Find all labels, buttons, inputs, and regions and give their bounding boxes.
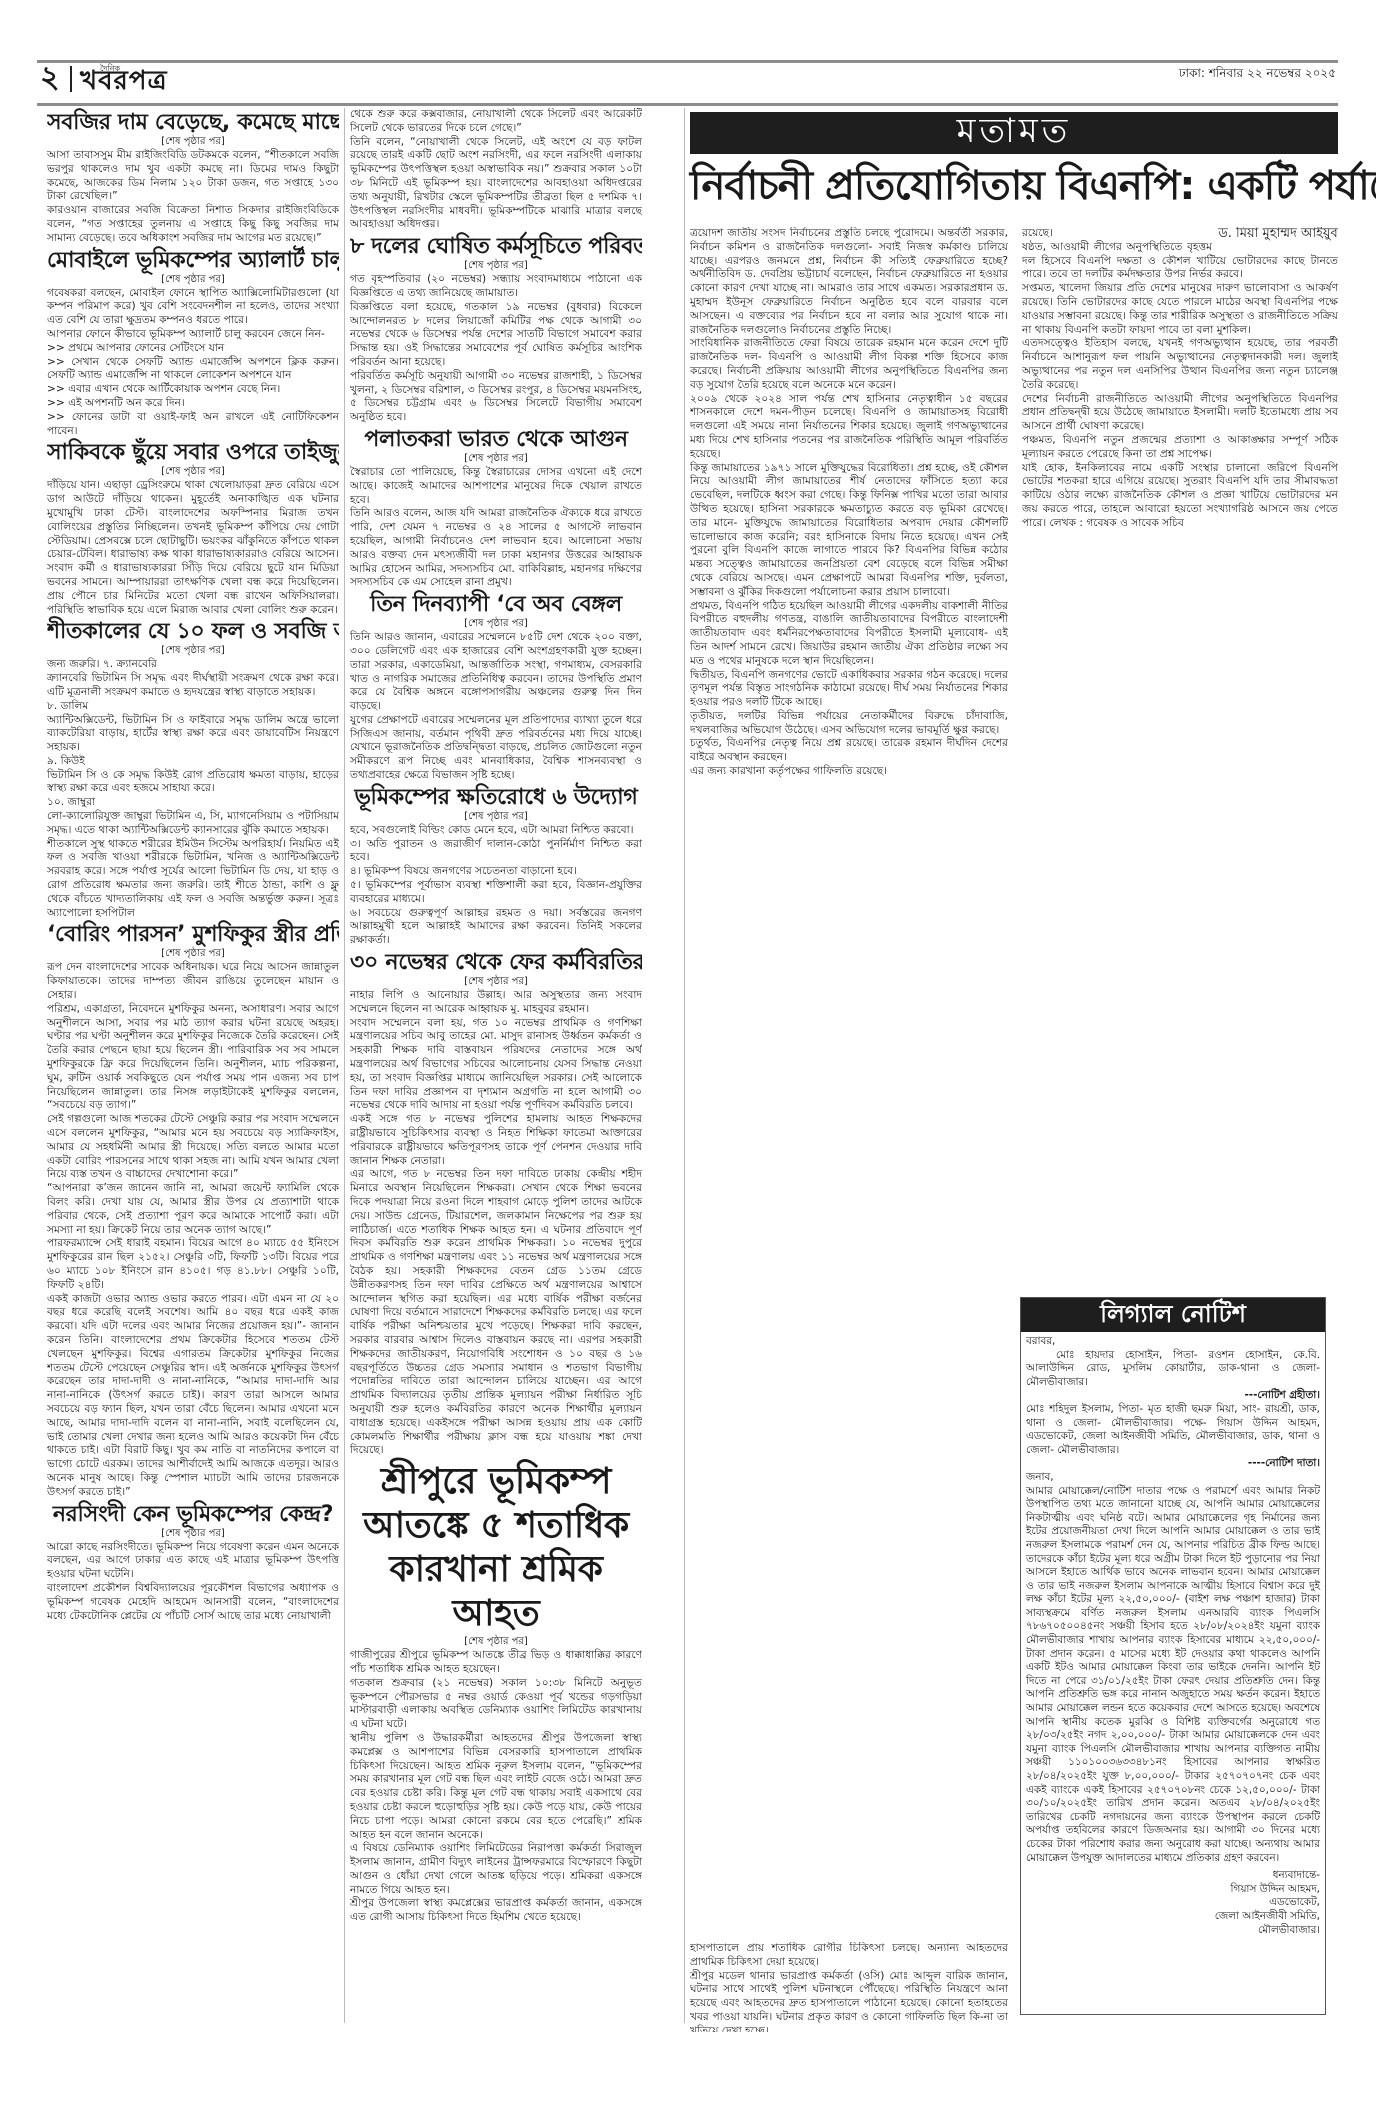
article-paragraph: শ্রীপুর উপজেলা স্বাস্থ্য কমপ্লেক্সের ভার… xyxy=(350,1897,642,1925)
article-paragraph: এর আগে, গত ৮ নভেম্বর তিন দফা দাবিতে ঢাকা… xyxy=(350,1168,642,1458)
article-paragraph: স্থানীয় পুলিশ ও উদ্ধারকর্মীরা আহতদের শ্… xyxy=(350,1732,642,1842)
article-paragraph: সংবাদ সম্মেলনে বলা হয়, গত ১০ নভেম্বর প্… xyxy=(350,1017,642,1114)
opinion-section: মতামত নির্বাচনী প্রতিযোগিতায় বিএনপি: এক… xyxy=(690,112,1338,214)
article: ৩০ নভেম্বর থেকে ফের কর্মবিরতির[শেষ পৃষ্ঠ… xyxy=(350,950,642,1458)
notice-body-text: আমার মোয়াক্কেল/নোটিশ দাতার পক্ষে ও পরাম… xyxy=(1026,1485,1320,1866)
notice-signature-line: মৌলভীবাজার। xyxy=(1026,1924,1320,1938)
article-headline: তিন দিনব্যাপী ‘বে অব বেঙ্গল xyxy=(350,592,642,618)
article-paragraph: ৮. ডালিম xyxy=(47,700,339,714)
notice-salutation: বরাবর, xyxy=(1026,1335,1320,1349)
article: নরসিংদী কেন ভূমিকম্পের কেন্দ্র?[শেষ পৃষ্… xyxy=(47,1502,339,1624)
continued-label: [শেষ পৃষ্ঠার পর] xyxy=(350,618,642,630)
opinion-paragraph: এতদসত্ত্বেও ইতিহাস বলছে, যখনই গণঅভ্যুত্থ… xyxy=(1022,337,1338,392)
article-paragraph: গত বৃহস্পতিবার (২০ নভেম্বর) সন্ধ্যায় সং… xyxy=(350,273,642,301)
masthead-top-rule xyxy=(37,60,1338,63)
article-paragraph: ৩। অতি পুরাতন ও জরাজীর্ণ দালান-কোঠা পুনর… xyxy=(350,838,642,866)
article-paragraph: ১০. জাম্বুরা xyxy=(47,796,339,810)
article-headline: শীতকালের যে ১০ ফল ও সবজি অবশ্যই xyxy=(47,619,339,645)
article-paragraph: বিজ্ঞপ্তিতে বলা হয়েছে, গতকাল ১৯ নভেম্বর… xyxy=(350,301,642,370)
opinion-paragraph: ২০০৯ থেকে ২০২৪ সাল পর্যন্ত শেখ হাসিনার ন… xyxy=(690,393,1008,462)
article-paragraph: ভিটামিন সি ও কে সমৃদ্ধ কিউই রোগ প্রতিরোধ… xyxy=(47,769,339,797)
article-paragraph: হাসপাতালে প্রায় শতাধিক রোগীর চিকিৎসা চল… xyxy=(690,1942,1008,1970)
notice-signature-line: এডভোকেট, xyxy=(1026,1896,1320,1910)
article-paragraph: অ্যান্টিঅক্সিডেন্ট, ভিটামিন সি ও ফাইবারে… xyxy=(47,714,339,755)
article-paragraph: এ বিষয়ে ডেনিম্যাক ওয়াশিং লিমিটেডের নির… xyxy=(350,1842,642,1897)
article-paragraph: শ্রীপুর মডেল থানার ভারপ্রাপ্ত কর্মকর্তা … xyxy=(690,1970,1008,2032)
article-paragraph: গাজীপুরের শ্রীপুরে ভূমিকম্প আতঙ্কে তীব্র… xyxy=(350,1649,642,1677)
article-paragraph: একই সঙ্গে গত ৮ নভেম্বর পুলিশের হামলায় আ… xyxy=(350,1113,642,1168)
article-paragraph: পারফরম্যান্সে সেই ধারাই বহমান। বিয়ের আগ… xyxy=(47,1237,339,1292)
article: সাকিবকে ছুঁয়ে সবার ওপরে তাইজুল[শেষ পৃষ্… xyxy=(47,440,339,617)
article-headline: শ্রীপুরে ভূমিকম্প আতঙ্কে ৫ শতাধিক কারখান… xyxy=(350,1460,642,1636)
column-divider xyxy=(344,108,345,2023)
article-paragraph: তিনি বলেন, “নোয়াখালী থেকে সিলেট, এই অংশ… xyxy=(350,136,642,233)
article-paragraph: >> এই অপশনটি অন করে দিন। xyxy=(47,397,339,411)
notice-recipient: মোঃ হায়দার হোসাইন, পিতা- রওশন হোসাইন, ক… xyxy=(1026,1349,1320,1390)
article-headline: পলাতকরা ভারত থেকে আগুন xyxy=(350,427,642,453)
column-2: থেকে শুরু করে কক্সবাজার, নোয়াখালী থেকে … xyxy=(350,108,642,2023)
notice-sender-label: ----নোটিশ দাতা। xyxy=(1026,1457,1320,1471)
article-paragraph: নাহার লিপি ও আনোয়ার উল্লাহ। আর অসুস্থতা… xyxy=(350,989,642,1017)
article-paragraph: স্বৈরাচার তো পালিয়েছে, কিন্তু স্বৈরাচার… xyxy=(350,466,642,507)
opinion-paragraph: পঞ্চমত, বিএনপি নতুন প্রজন্মের প্রত্যাশা … xyxy=(1022,434,1338,462)
article-paragraph: শীতকালে সুস্থ থাকতে শরীরের ইমিউন সিস্টেম… xyxy=(47,838,339,921)
notice-signature-line: জেলা আইনজীবী সমিতি, xyxy=(1026,1910,1320,1924)
article-paragraph: তিনি আরও বলেন, আজ যদি আমরা রাজনৈতিক ঐক্য… xyxy=(350,507,642,590)
article: সবজির দাম বেড়েছে, কমেছে মাছের[শেষ পৃষ্ঠ… xyxy=(47,110,339,246)
article-paragraph: আসা তাবাসসুম মীম রাইজিংবিডি ডটকমকে বলেন,… xyxy=(47,149,339,204)
opinion-banner: মতামত xyxy=(690,112,1338,154)
article-paragraph: পরিশ্রম, একাগ্রতা, নিবেদনে মুশফিকুর অনন্… xyxy=(47,1003,339,1113)
continued-label: [শেষ পৃষ্ঠার পর] xyxy=(47,645,339,657)
article-headline: ৮ দলের ঘোষিত কর্মসূচিতে পরিবর্তন xyxy=(350,234,642,260)
dateline: ঢাকা: শনিবার ২২ নভেম্বর ২০২৫ xyxy=(1179,65,1336,85)
notice-sender: মোঃ শহিদুল ইসলাম, পিতা- মৃত হাজী ছমরু মি… xyxy=(1026,1403,1320,1457)
opinion-paragraph: তৃতীয়ত, দলটির বিভিন্ন পর্যায়ের নেতাকর্… xyxy=(690,710,1008,738)
article-paragraph: একই কাজটা ওভার অ্যান্ড ওভার করতে পারব। এ… xyxy=(47,1293,339,1500)
opinion-paragraph: সপ্তমত, খালেদা জিয়ার প্রতি দেশের মানুষে… xyxy=(1022,282,1338,337)
article: পলাতকরা ভারত থেকে আগুন[শেষ পৃষ্ঠার পর]স্… xyxy=(350,427,642,590)
notice-greeting: জনাব, xyxy=(1026,1471,1320,1485)
opinion-author: ড. মিয়া মুহাম্মদ আইয়ুব xyxy=(1218,227,1338,241)
article-paragraph: ৫। ভূমিকম্পের পূর্বাভাস ব্যবস্থা শক্তিশা… xyxy=(350,879,642,907)
article-headline: ৩০ নভেম্বর থেকে ফের কর্মবিরতির xyxy=(350,950,642,976)
page-number: ২ xyxy=(40,63,60,93)
continued-label: [শেষ পৃষ্ঠার পর] xyxy=(350,811,642,823)
article-paragraph: লো-ক্যালোরিযুক্ত জাম্বুরা ভিটামিন এ, সি,… xyxy=(47,810,339,838)
opinion-paragraph: ষষ্ঠত, আওয়ামী লীগের অনুপস্থিতিতে বৃহত্ত… xyxy=(1022,241,1338,282)
legal-notice-body: বরাবর, মোঃ হায়দার হোসাইন, পিতা- রওশন হো… xyxy=(1021,1332,1325,1940)
article-paragraph: ক্র্যানবেরি ভিটামিন সি সমৃদ্ধ এবং দীর্ঘস… xyxy=(47,672,339,700)
article-paragraph: বাংলাদেশ প্রকৌশল বিশ্ববিদ্যালয়ের পূরকৌশ… xyxy=(47,1582,339,1623)
article-paragraph: গতকাল শুক্রবার (২১ নভেম্বর) সকাল ১০:৩৮ ম… xyxy=(350,1677,642,1732)
opinion-tail: হাসপাতালে প্রায় শতাধিক রোগীর চিকিৎসা চল… xyxy=(690,1942,1008,2032)
article-paragraph: গবেষকরা বলছেন, মোবাইল ফোনে স্থাপিত অ্যাক… xyxy=(47,287,339,328)
notice-recipient-label: ---নোটিশ গ্রহীতা। xyxy=(1026,1389,1320,1403)
article-headline: নরসিংদী কেন ভূমিকম্পের কেন্দ্র? xyxy=(47,1502,339,1528)
opinion-title: নির্বাচনী প্রতিযোগিতায় বিএনপি: একটি পর্… xyxy=(690,158,1338,214)
continued-label: [শেষ পৃষ্ঠার পর] xyxy=(350,1636,642,1648)
notice-closing: ধন্যবাদান্তে- xyxy=(1026,1869,1320,1883)
article-headline: ‘বোরিং পারসন’ মুশফিকুর স্ত্রীর প্রতি xyxy=(47,922,339,948)
article-paragraph: দাঁড়িয়ে যান। এছাড়া ড্রেসিংরুমে থাকা খ… xyxy=(47,479,339,617)
article-paragraph: ৬। সবচেয়ে গুরুত্বপূর্ণ আল্লাহর রহমত ও দ… xyxy=(350,907,642,948)
column-divider xyxy=(684,108,685,2023)
article-paragraph: কারওয়ান বাজারের সবজি বিক্রেতা নিশাত সিক… xyxy=(47,204,339,245)
opinion-paragraph: দেশের নির্বাচনী রাজনীতিতে আওয়ামী লীগের … xyxy=(1022,393,1338,434)
masthead-divider xyxy=(70,66,72,92)
opinion-paragraph: সাংবিধানিক রাজনীতিতে ফেরা বিষয়ে তারেক র… xyxy=(690,337,1008,392)
column-1: সবজির দাম বেড়েছে, কমেছে মাছের[শেষ পৃষ্ঠ… xyxy=(47,108,339,2023)
article-headline: মোবাইলে ভূমিকম্পের অ্যালার্ট চালু রাখুন xyxy=(47,248,339,274)
article: শ্রীপুরে ভূমিকম্প আতঙ্কে ৫ শতাধিক কারখান… xyxy=(350,1460,642,1925)
article-headline: ভূমিকম্পের ক্ষতিরোধে ৬ উদ্যোগ xyxy=(350,785,642,811)
article-paragraph: থেকে শুরু করে কক্সবাজার, নোয়াখালী থেকে … xyxy=(350,108,642,136)
article-paragraph: >> প্রথমে আপনার ফোনের সেটিংসে যান xyxy=(47,342,339,356)
article: শীতকালের যে ১০ ফল ও সবজি অবশ্যই[শেষ পৃষ্… xyxy=(47,619,339,920)
masthead-bottom-rule xyxy=(37,103,1338,106)
paper-name-logo: খবরপত্র xyxy=(80,68,168,94)
continued-label: [শেষ পৃষ্ঠার পর] xyxy=(350,453,642,465)
article-paragraph: >> সেখান থেকে সেফটি অ্যান্ড এমার্জেন্সি … xyxy=(47,356,339,384)
article-paragraph: যুগের প্রেক্ষাপটে এবারের সম্মেলনের মূল প… xyxy=(350,714,642,783)
article: মোবাইলে ভূমিকম্পের অ্যালার্ট চালু রাখুন[… xyxy=(47,248,339,439)
opinion-paragraph: প্রথমত, বিএনপি গঠিত হয়েছিল আওয়ামী লীগে… xyxy=(690,600,1008,669)
continued-label: [শেষ পৃষ্ঠার পর] xyxy=(47,136,339,148)
article-headline: সাকিবকে ছুঁয়ে সবার ওপরে তাইজুল xyxy=(47,440,339,466)
legal-notice-heading: লিগ্যাল নোটিশ xyxy=(1021,1298,1325,1332)
article: ‘বোরিং পারসন’ মুশফিকুর স্ত্রীর প্রতি[শেষ… xyxy=(47,922,339,1499)
continued-label: [শেষ পৃষ্ঠার পর] xyxy=(350,260,642,272)
article: ভূমিকম্পের ক্ষতিরোধে ৬ উদ্যোগ[শেষ পৃষ্ঠা… xyxy=(350,785,642,948)
opinion-paragraph: চতুর্থত, বিএনপির নেতৃত্ব নিয়ে প্রশ্ন রয… xyxy=(690,737,1008,765)
continued-label: [শেষ পৃষ্ঠার পর] xyxy=(47,948,339,960)
opinion-paragraph: এর জন্য কারখানা কর্তৃপক্ষের গাফিলতি রয়ে… xyxy=(690,765,1008,779)
article-paragraph: ৪। ভূমিকম্প বিষয়ে জনগণের সচেতনতা বাড়ান… xyxy=(350,865,642,879)
continued-label: [শেষ পৃষ্ঠার পর] xyxy=(47,466,339,478)
opinion-paragraph: দ্বিতীয়ত, বিএনপি জনগণের ভোটে একাধিকবার … xyxy=(690,669,1008,710)
article-paragraph: রূপ দেন বাংলাদেশের সাবেক অধিনায়ক। ঘরে ন… xyxy=(47,961,339,1002)
article-paragraph: পরিবর্তিত কর্মসূচি অনুযায়ী আগামী ৩০ নভে… xyxy=(350,370,642,425)
opinion-right-column: ড. মিয়া মুহাম্মদ আইয়ুবরয়েছে।ষষ্ঠত, আও… xyxy=(1022,227,1338,1352)
article: তিন দিনব্যাপী ‘বে অব বেঙ্গল[শেষ পৃষ্ঠার … xyxy=(350,592,642,783)
article-paragraph: আরো কাছে নরসিংদীতে। ভূমিকম্প নিয়ে গবেষণ… xyxy=(47,1541,339,1582)
article-paragraph: তিনি আরও জানান, এবারের সম্মেলনে ৮৫টি দেশ… xyxy=(350,631,642,714)
opinion-paragraph: কিন্তু জামায়াতের ১৯৭১ সালে মুক্তিযুদ্ধে… xyxy=(690,462,1008,600)
opinion-paragraph: ত্রয়োদশ জাতীয় সংসদ নির্বাচনের প্রস্তুত… xyxy=(690,227,1008,337)
continued-label: [শেষ পৃষ্ঠার পর] xyxy=(47,274,339,286)
article-headline: সবজির দাম বেড়েছে, কমেছে মাছের xyxy=(47,110,339,136)
article-paragraph: আপনার ফোনে কীভাবে ভূমিকম্প অ্যালার্ট চাল… xyxy=(47,328,339,342)
opinion-paragraph: যাই হোক, ইনকিলাবের নামে একটি সংস্থার চাল… xyxy=(1022,462,1338,531)
article-paragraph: “আপনারা ক’জন জানেন জানি না, আমরা জয়েন্ট… xyxy=(47,1182,339,1237)
article-paragraph: ৯. কিউই xyxy=(47,755,339,769)
article-paragraph: >> এবার এখান থেকে আর্টিকোয়াক অপশন বেছে … xyxy=(47,383,339,397)
article-paragraph: হবে, সবগুলোই বিল্ডিং কোড মেনে হবে, এটা আ… xyxy=(350,824,642,838)
notice-signature-line: গিয়াস উদ্দিন আহমদ, xyxy=(1026,1883,1320,1897)
continued-label: [শেষ পৃষ্ঠার পর] xyxy=(350,976,642,988)
opinion-left-column: ত্রয়োদশ জাতীয় সংসদ নির্বাচনের প্রস্তুত… xyxy=(690,227,1008,2027)
article: ৮ দলের ঘোষিত কর্মসূচিতে পরিবর্তন[শেষ পৃষ… xyxy=(350,234,642,425)
legal-notice: লিগ্যাল নোটিশ বরাবর, মোঃ হায়দার হোসাইন,… xyxy=(1020,1297,1326,2015)
continued-label: [শেষ পৃষ্ঠার পর] xyxy=(47,1528,339,1540)
article-paragraph: জন্য জরুরি। ৭. ক্র্যানবেরি xyxy=(47,658,339,672)
article-paragraph: >> ফোনের ডাটা বা ওয়াই-ফাই অন রাখলে এই ন… xyxy=(47,411,339,439)
article-paragraph: সেই গল্পগুলো আজ শতকের টেস্টে সেঞ্চুরি কর… xyxy=(47,1113,339,1182)
